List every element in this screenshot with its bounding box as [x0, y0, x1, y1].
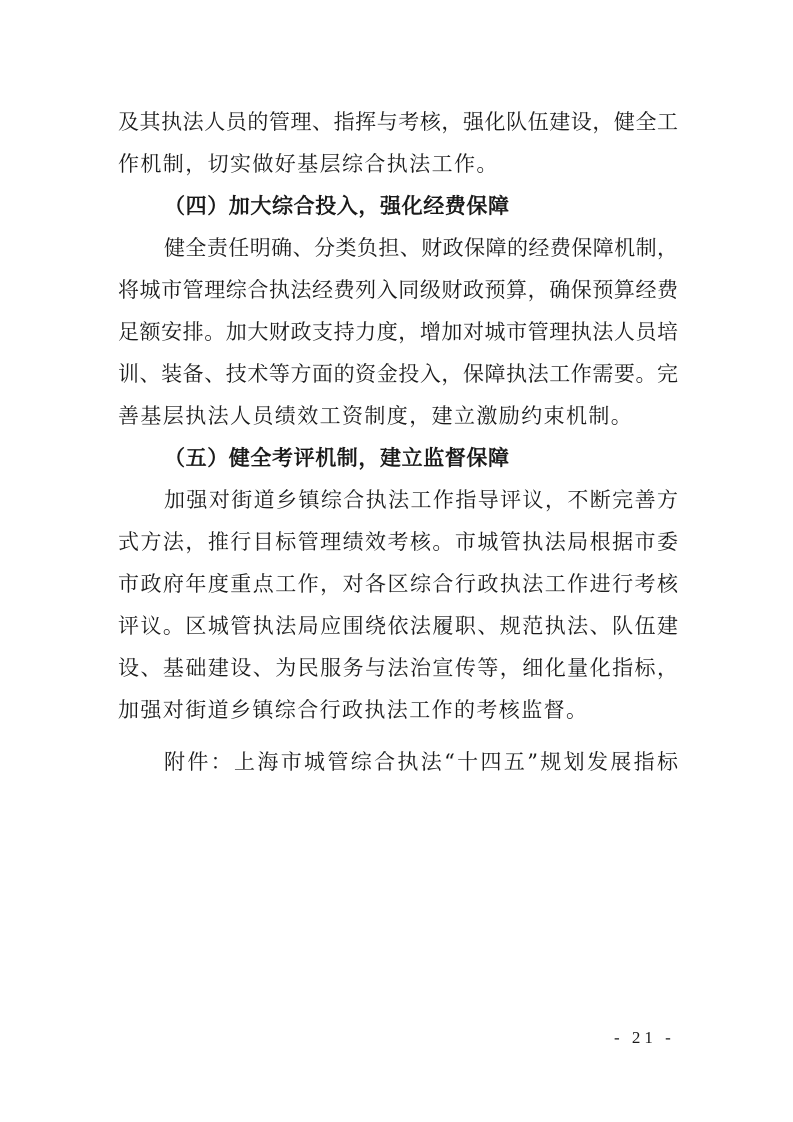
body-line: 加强对街道乡镇综合执法工作指导评议，不断完善方: [164, 480, 678, 520]
attachment-note: 附件：上海市城管综合执法“十四五”规划发展指标: [164, 742, 678, 782]
body-line: 将城市管理综合执法经费列入同级财政预算，确保预算经费: [118, 270, 678, 310]
section-heading-4: （四）加大综合投入，强化经费保障: [164, 186, 510, 226]
page-number: - 21 -: [614, 1028, 675, 1048]
body-line: 加强对街道乡镇综合行政执法工作的考核监督。: [118, 690, 588, 730]
body-line: 健全责任明确、分类负担、财政保障的经费保障机制，: [164, 228, 678, 268]
body-line: 评议。区城管执法局应围绕依法履职、规范执法、队伍建: [118, 606, 678, 646]
body-line: 足额安排。加大财政支持力度，增加对城市管理执法人员培: [118, 312, 678, 352]
body-line: 及其执法人员的管理、指挥与考核，强化队伍建设，健全工: [118, 102, 678, 142]
body-line: 式方法，推行目标管理绩效考核。市城管执法局根据市委: [118, 522, 678, 562]
body-line: 作机制，切实做好基层综合执法工作。: [118, 144, 499, 184]
body-line: 市政府年度重点工作，对各区综合行政执法工作进行考核: [118, 564, 678, 604]
body-line: 训、装备、技术等方面的资金投入，保障执法工作需要。完: [118, 354, 678, 394]
body-line: 设、基础建设、为民服务与法治宣传等，细化量化指标，: [118, 648, 678, 688]
section-heading-5: （五）健全考评机制，建立监督保障: [164, 438, 510, 478]
body-line: 善基层执法人员绩效工资制度，建立激励约束机制。: [118, 396, 633, 436]
